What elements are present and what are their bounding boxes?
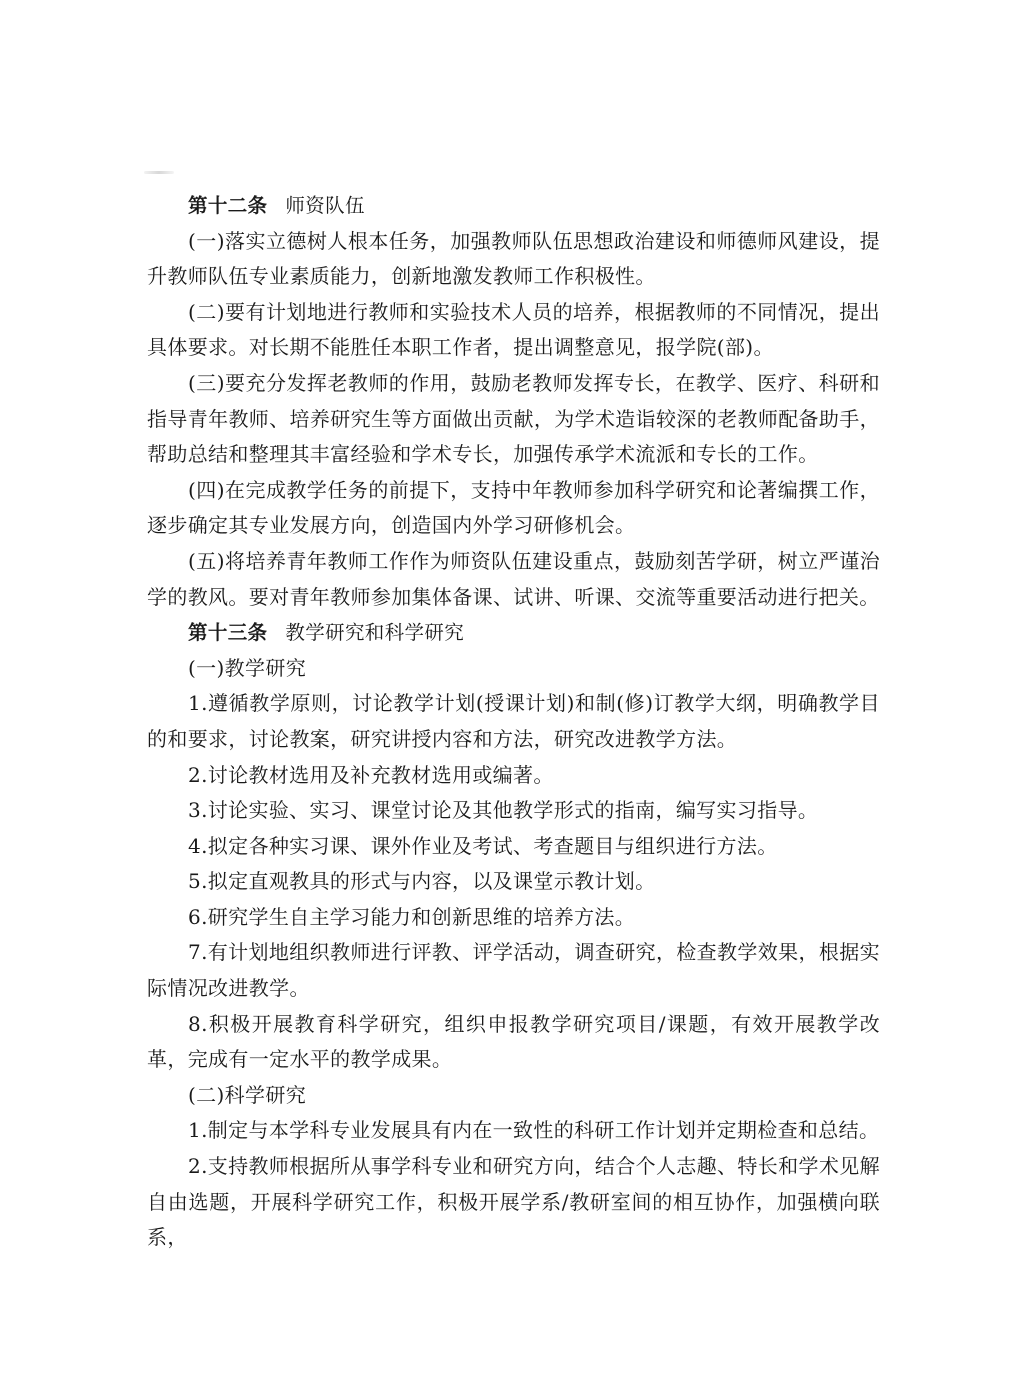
- teaching-research-item-2: 2.讨论教材选用及补充教材选用或编著。: [147, 758, 880, 794]
- scientific-research-item-1: 1.制定与本学科专业发展具有内在一致性的科研工作计划并定期检查和总结。: [147, 1113, 880, 1149]
- article-12-label: 第十二条: [188, 194, 267, 217]
- article-12-paragraph-2: (二)要有计划地进行教师和实验技术人员的培养，根据教师的不同情况，提出具体要求。…: [147, 295, 880, 366]
- article-12-title: 师资队伍: [285, 194, 364, 217]
- scientific-research-item-2: 2.支持教师根据所从事学科专业和研究方向，结合个人志趣、特长和学术见解自由选题，…: [147, 1149, 880, 1256]
- teaching-research-item-3: 3.讨论实验、实习、课堂讨论及其他教学形式的指南，编写实习指导。: [147, 793, 880, 829]
- teaching-research-item-5: 5.拟定直观教具的形式与内容，以及课堂示教计划。: [147, 864, 880, 900]
- article-13-label: 第十三条: [188, 621, 267, 644]
- article-13-heading: 第十三条教学研究和科学研究: [147, 615, 880, 651]
- teaching-research-item-4: 4.拟定各种实习课、课外作业及考试、考查题目与组织进行方法。: [147, 829, 880, 865]
- document-page: 第十二条师资队伍 (一)落实立德树人根本任务，加强教师队伍思想政治建设和师德师风…: [0, 0, 1024, 1379]
- scan-artifact-mark: [144, 171, 174, 174]
- subsection-scientific-research-heading: (二)科学研究: [147, 1078, 880, 1114]
- subsection-teaching-research-heading: (一)教学研究: [147, 651, 880, 687]
- teaching-research-item-7: 7.有计划地组织教师进行评教、评学活动，调查研究，检查教学效果，根据实际情况改进…: [147, 935, 880, 1006]
- article-13-title: 教学研究和科学研究: [285, 621, 464, 644]
- article-12-paragraph-3: (三)要充分发挥老教师的作用，鼓励老教师发挥专长，在教学、医疗、科研和指导青年教…: [147, 366, 880, 473]
- article-12-heading: 第十二条师资队伍: [147, 188, 880, 224]
- document-body: 第十二条师资队伍 (一)落实立德树人根本任务，加强教师队伍思想政治建设和师德师风…: [147, 188, 880, 1256]
- teaching-research-item-6: 6.研究学生自主学习能力和创新思维的培养方法。: [147, 900, 880, 936]
- article-12-paragraph-1: (一)落实立德树人根本任务，加强教师队伍思想政治建设和师德师风建设，提升教师队伍…: [147, 224, 880, 295]
- teaching-research-item-1: 1.遵循教学原则，讨论教学计划(授课计划)和制(修)订教学大纲，明确教学目的和要…: [147, 686, 880, 757]
- teaching-research-item-8: 8.积极开展教育科学研究，组织申报教学研究项目/课题，有效开展教学改革，完成有一…: [147, 1007, 880, 1078]
- article-12-paragraph-5: (五)将培养青年教师工作作为师资队伍建设重点，鼓励刻苦学研，树立严谨治学的教风。…: [147, 544, 880, 615]
- article-12-paragraph-4: (四)在完成教学任务的前提下，支持中年教师参加科学研究和论著编撰工作，逐步确定其…: [147, 473, 880, 544]
